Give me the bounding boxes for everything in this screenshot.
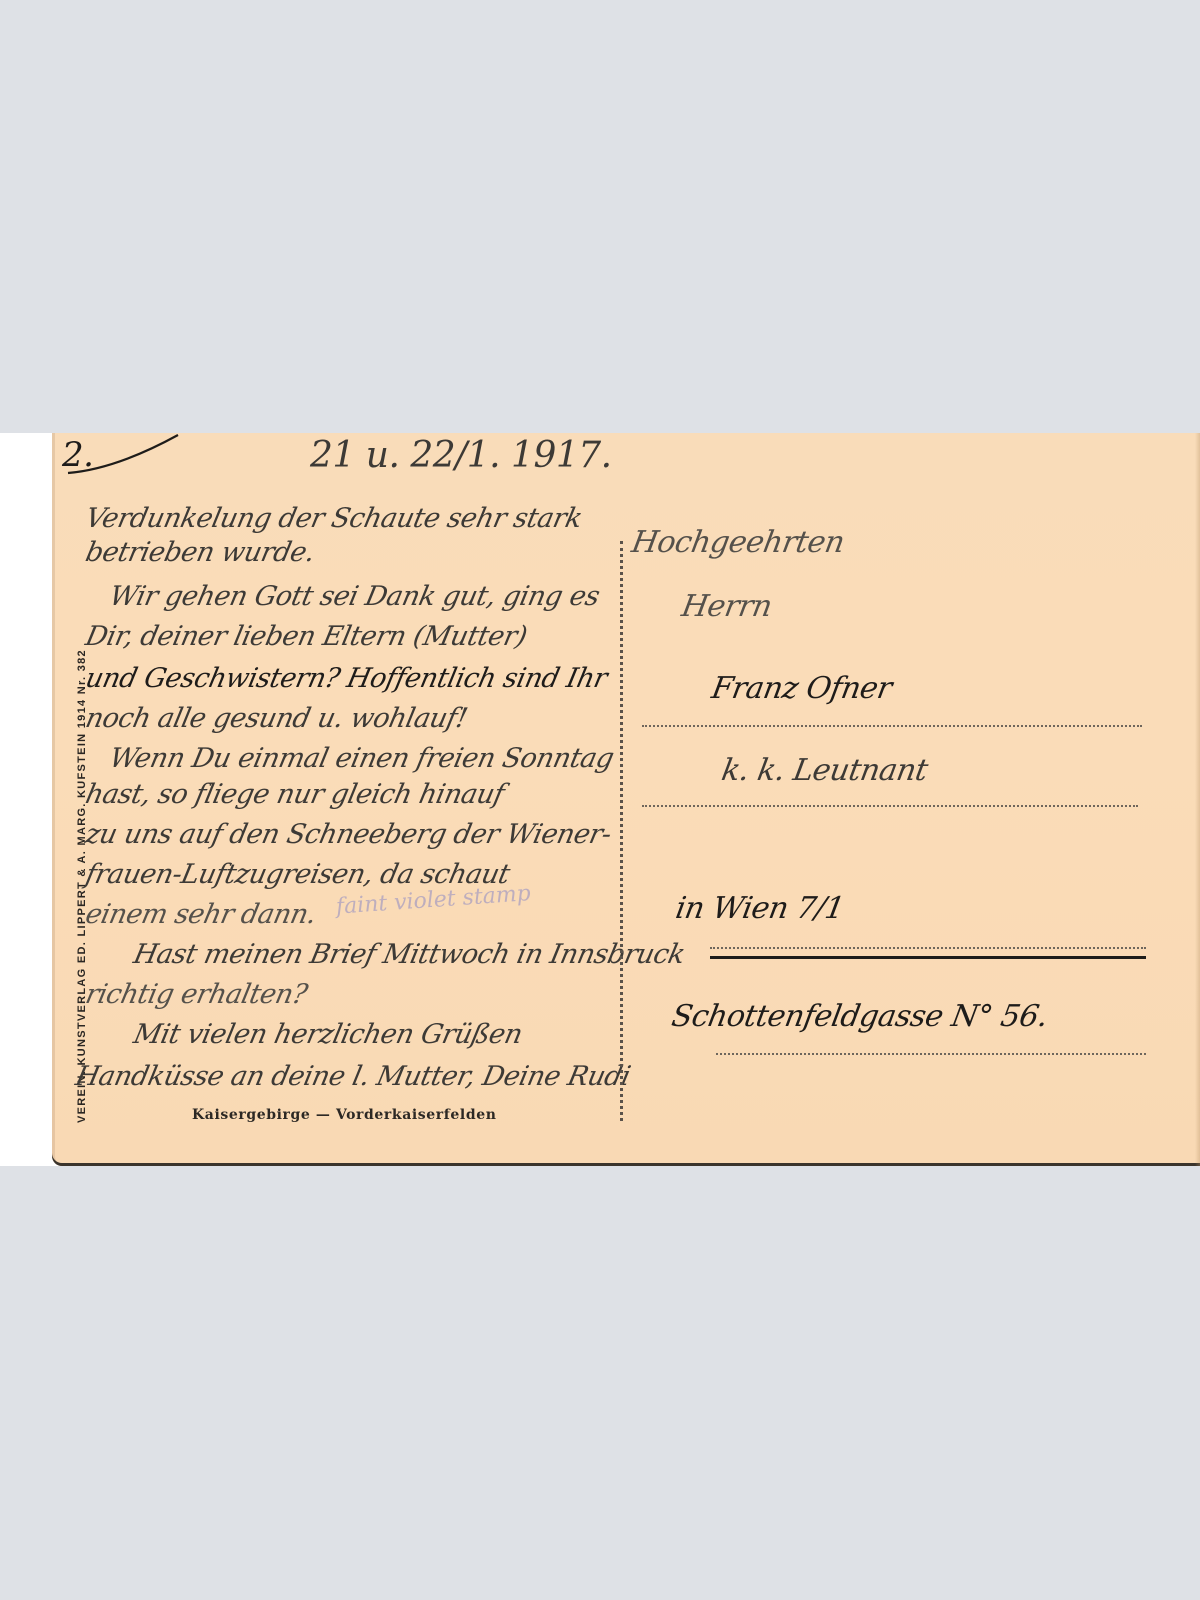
message-line: einem sehr dann. [83,899,319,930]
address-city-underline [710,956,1146,959]
address-title: Herrn [679,589,775,624]
message-line: frauen-Luftzugreisen, da schaut [83,859,513,890]
message-line: und Geschwistern? Hoffentlich sind Ihr [83,663,610,694]
date-heading: 21 u. 22/1. 1917. [310,435,612,476]
address-rule-2 [642,805,1138,807]
address-name: Franz Ofner [709,671,894,706]
message-line: Verdunkelung der Schaute sehr stark [83,503,585,534]
address-street: Schottenfeldgasse N° 56. [669,999,1050,1034]
address-rule-3 [710,947,1146,949]
message-line: hast, so fliege nur gleich hinauf [83,779,507,810]
message-line: Handküsse an deine l. Mutter, Deine Rudi [73,1061,633,1092]
message-line: zu uns auf den Schneeberg der Wiener- [83,819,614,850]
address-salutation: Hochgeehrten [629,525,847,560]
message-line: Dir, deiner lieben Eltern (Mutter) [83,621,530,652]
address-rank: k. k. Leutnant [719,753,930,788]
message-line: Wir gehen Gott sei Dank gut, ging es [107,581,603,612]
postcard-scan: 2. 21 u. 22/1. 1917. VEREIN. KUNSTVERLAG… [0,433,1200,1166]
address-rule-4 [716,1053,1146,1055]
address-city: in Wien 7/1 [673,891,847,926]
address-rule-1 [642,725,1142,727]
serial-mark: 2. [62,435,93,475]
message-address-divider [620,541,623,1121]
message-line: Mit vielen herzlichen Grüßen [131,1019,525,1050]
printed-caption: Kaisergebirge — Vorderkaiserfelden [192,1107,497,1123]
message-line: Wenn Du einmal einen freien Sonntag [107,743,617,774]
postcard-back: 2. 21 u. 22/1. 1917. VEREIN. KUNSTVERLAG… [52,433,1200,1166]
message-line: noch alle gesund u. wohlauf! [83,703,470,734]
message-line: richtig erhalten? [83,979,310,1010]
message-line: betrieben wurde. [83,537,318,568]
